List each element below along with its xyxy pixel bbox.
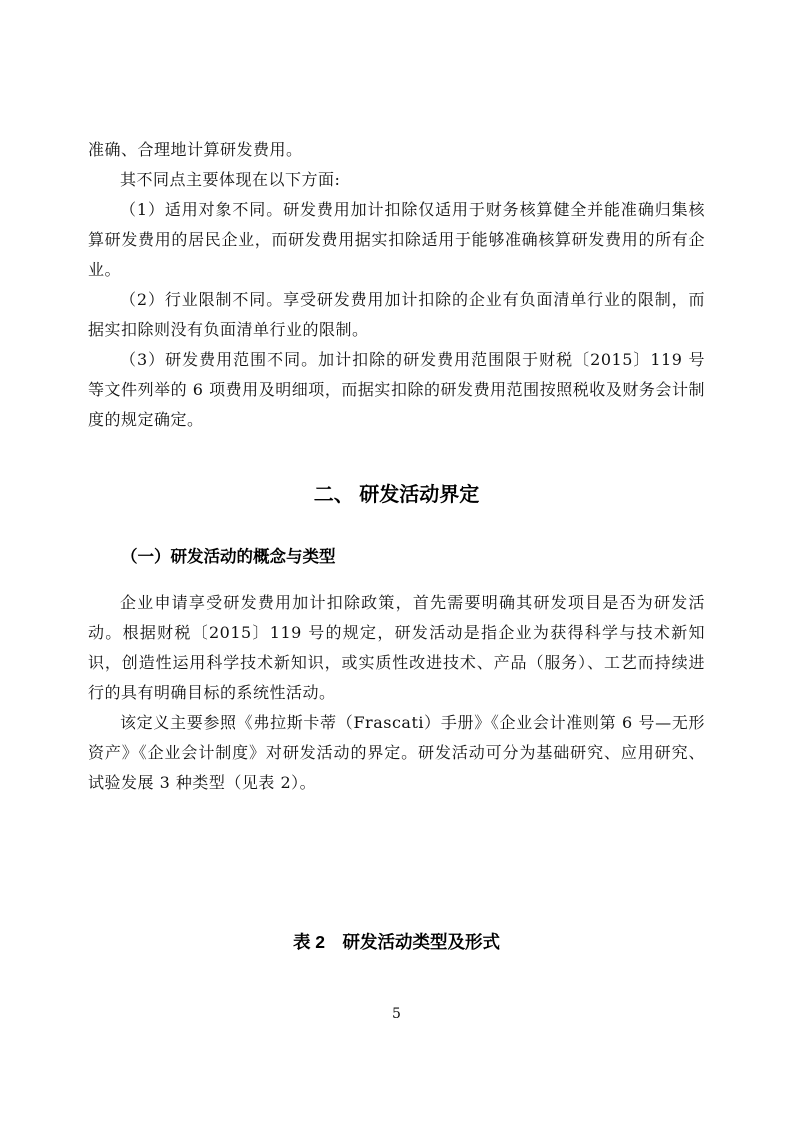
subsection-heading: （一）研发活动的概念与类型 (88, 542, 705, 572)
paragraph-reference: 该定义主要参照《弗拉斯卡蒂（Frascati）手册》《企业会计准则第 6 号—无… (88, 708, 705, 798)
section-heading: 二、 研发活动界定 (88, 480, 705, 510)
paragraph-difference-2: （2）行业限制不同。享受研发费用加计扣除的企业有负面清单行业的限制，而据实扣除则… (88, 285, 705, 345)
paragraph-definition: 企业申请享受研发费用加计扣除政策，首先需要明确其研发项目是否为研发活动。根据财税… (88, 588, 705, 708)
paragraph-difference-3: （3）研发费用范围不同。加计扣除的研发费用范围限于财税〔2015〕119 号等文… (88, 345, 705, 435)
paragraph-intro: 其不同点主要体现在以下方面: (88, 165, 705, 195)
table-caption: 表 2 研发活动类型及形式 (88, 927, 705, 957)
page-number: 5 (0, 1000, 793, 1028)
paragraph-difference-1: （1）适用对象不同。研发费用加计扣除仅适用于财务核算健全并能准确归集核算研发费用… (88, 195, 705, 285)
paragraph-continuation: 准确、合理地计算研发费用。 (88, 135, 705, 165)
document-page: 准确、合理地计算研发费用。 其不同点主要体现在以下方面: （1）适用对象不同。研… (0, 0, 793, 1122)
